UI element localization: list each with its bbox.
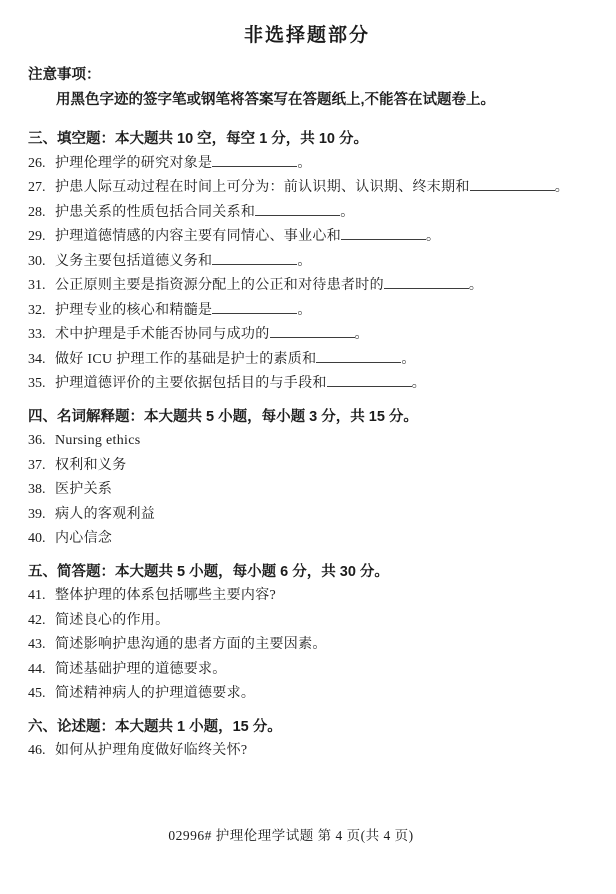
- page-title: 非选择题部分: [28, 0, 586, 47]
- question-row: 26.护理伦理学的研究对象是。: [28, 152, 586, 177]
- answer-blank: [255, 201, 340, 216]
- question-end-punct: 。: [355, 327, 369, 342]
- question-end-punct: 。: [401, 352, 415, 367]
- question-number: 34.: [28, 348, 55, 373]
- question-text: 义务主要包括道德义务和: [55, 254, 212, 269]
- question-row: 42.简述良心的作用。: [28, 609, 586, 634]
- question-row: 33.术中护理是手术能否协同与成功的。: [28, 323, 586, 348]
- question-row: 27.护患人际互动过程在时间上可分为：前认识期、认识期、终末期和。: [28, 176, 586, 201]
- question-number: 43.: [28, 633, 55, 658]
- question-text: 做好 ICU 护理工作的基础是护士的素质和: [55, 352, 316, 367]
- question-row: 45.简述精神病人的护理道德要求。: [28, 682, 586, 707]
- question-number: 36.: [28, 429, 55, 454]
- question-text: 简述影响护患沟通的患者方面的主要因素。: [55, 637, 327, 652]
- question-end-punct: 。: [469, 278, 483, 293]
- question-row: 39.病人的客观利益: [28, 503, 586, 528]
- question-row: 37.权利和义务: [28, 454, 586, 479]
- question-row: 38.医护关系: [28, 478, 586, 503]
- question-number: 44.: [28, 658, 55, 683]
- answer-blank: [327, 372, 412, 387]
- question-text: 护理专业的核心和精髓是: [55, 303, 212, 318]
- question-number: 27.: [28, 176, 55, 201]
- exam-section: 五、简答题：本大题共 5 小题，每小题 6 分，共 30 分。41.整体护理的体…: [28, 560, 586, 707]
- question-row: 46.如何从护理角度做好临终关怀?: [28, 739, 586, 764]
- question-number: 41.: [28, 584, 55, 609]
- exam-page: 非选择题部分 注意事项： 用黑色字迹的签字笔或钢笔将答案写在答题纸上,不能答在试…: [0, 0, 616, 894]
- question-text: 护理道德情感的内容主要有同情心、事业心和: [55, 229, 341, 244]
- question-text: 护患关系的性质包括合同关系和: [55, 205, 255, 220]
- question-number: 26.: [28, 152, 55, 177]
- question-row: 43.简述影响护患沟通的患者方面的主要因素。: [28, 633, 586, 658]
- answer-blank: [212, 250, 297, 265]
- question-row: 34.做好 ICU 护理工作的基础是护士的素质和。: [28, 348, 586, 373]
- question-text: 如何从护理角度做好临终关怀?: [55, 743, 247, 758]
- question-number: 35.: [28, 372, 55, 397]
- question-text: Nursing ethics: [55, 433, 140, 448]
- question-end-punct: 。: [426, 229, 440, 244]
- question-number: 28.: [28, 201, 55, 226]
- question-number: 30.: [28, 250, 55, 275]
- question-row: 36.Nursing ethics: [28, 429, 586, 454]
- question-row: 28.护患关系的性质包括合同关系和。: [28, 201, 586, 226]
- section-heading: 五、简答题：本大题共 5 小题，每小题 6 分，共 30 分。: [28, 560, 586, 585]
- question-number: 37.: [28, 454, 55, 479]
- question-number: 40.: [28, 527, 55, 552]
- question-number: 31.: [28, 274, 55, 299]
- answer-blank: [212, 299, 297, 314]
- answer-blank: [316, 348, 401, 363]
- section-heading: 四、名词解释题：本大题共 5 小题，每小题 3 分，共 15 分。: [28, 405, 586, 430]
- question-text: 简述良心的作用。: [55, 613, 169, 628]
- question-end-punct: 。: [412, 376, 426, 391]
- question-row: 29.护理道德情感的内容主要有同情心、事业心和。: [28, 225, 586, 250]
- exam-section: 四、名词解释题：本大题共 5 小题，每小题 3 分，共 15 分。36.Nurs…: [28, 405, 586, 552]
- section-heading: 三、填空题：本大题共 10 空，每空 1 分，共 10 分。: [28, 127, 586, 152]
- section-heading: 六、论述题：本大题共 1 小题，15 分。: [28, 715, 586, 740]
- exam-content: 非选择题部分 注意事项： 用黑色字迹的签字笔或钢笔将答案写在答题纸上,不能答在试…: [0, 0, 616, 764]
- notice-text: 用黑色字迹的签字笔或钢笔将答案写在答题纸上,不能答在试题卷上。: [28, 88, 586, 113]
- question-row: 32.护理专业的核心和精髓是。: [28, 299, 586, 324]
- question-end-punct: 。: [340, 205, 354, 220]
- answer-blank: [270, 323, 355, 338]
- question-number: 45.: [28, 682, 55, 707]
- question-text: 护理道德评价的主要依据包括目的与手段和: [55, 376, 327, 391]
- sections-container: 三、填空题：本大题共 10 空，每空 1 分，共 10 分。26.护理伦理学的研…: [28, 127, 586, 764]
- question-text: 医护关系: [55, 482, 112, 497]
- answer-blank: [384, 274, 469, 289]
- question-text: 整体护理的体系包括哪些主要内容?: [55, 588, 276, 603]
- question-number: 38.: [28, 478, 55, 503]
- question-number: 32.: [28, 299, 55, 324]
- question-row: 41.整体护理的体系包括哪些主要内容?: [28, 584, 586, 609]
- question-text: 护患人际互动过程在时间上可分为：前认识期、认识期、终末期和: [55, 180, 470, 195]
- notice-block: 注意事项： 用黑色字迹的签字笔或钢笔将答案写在答题纸上,不能答在试题卷上。: [28, 63, 586, 112]
- question-text: 公正原则主要是指资源分配上的公正和对待患者时的: [55, 278, 384, 293]
- question-end-punct: 。: [297, 303, 311, 318]
- question-number: 42.: [28, 609, 55, 634]
- question-row: 44.简述基础护理的道德要求。: [28, 658, 586, 683]
- question-text: 简述基础护理的道德要求。: [55, 662, 227, 677]
- answer-blank: [470, 176, 555, 191]
- question-text: 内心信念: [55, 531, 112, 546]
- question-end-punct: 。: [297, 254, 311, 269]
- question-end-punct: 。: [555, 180, 569, 195]
- question-row: 40.内心信念: [28, 527, 586, 552]
- question-number: 29.: [28, 225, 55, 250]
- notice-heading: 注意事项：: [28, 63, 586, 88]
- exam-section: 六、论述题：本大题共 1 小题，15 分。46.如何从护理角度做好临终关怀?: [28, 715, 586, 764]
- question-end-punct: 。: [297, 156, 311, 171]
- question-number: 46.: [28, 739, 55, 764]
- exam-section: 三、填空题：本大题共 10 空，每空 1 分，共 10 分。26.护理伦理学的研…: [28, 127, 586, 397]
- question-row: 35.护理道德评价的主要依据包括目的与手段和。: [28, 372, 586, 397]
- question-number: 33.: [28, 323, 55, 348]
- question-number: 39.: [28, 503, 55, 528]
- question-text: 护理伦理学的研究对象是: [55, 156, 212, 171]
- question-row: 31.公正原则主要是指资源分配上的公正和对待患者时的。: [28, 274, 586, 299]
- answer-blank: [341, 225, 426, 240]
- question-text: 简述精神病人的护理道德要求。: [55, 686, 255, 701]
- question-text: 病人的客观利益: [55, 507, 155, 522]
- question-row: 30.义务主要包括道德义务和。: [28, 250, 586, 275]
- question-text: 权利和义务: [55, 458, 127, 473]
- page-footer: 02996# 护理伦理学试题 第 4 页(共 4 页): [0, 824, 582, 844]
- question-text: 术中护理是手术能否协同与成功的: [55, 327, 270, 342]
- answer-blank: [212, 152, 297, 167]
